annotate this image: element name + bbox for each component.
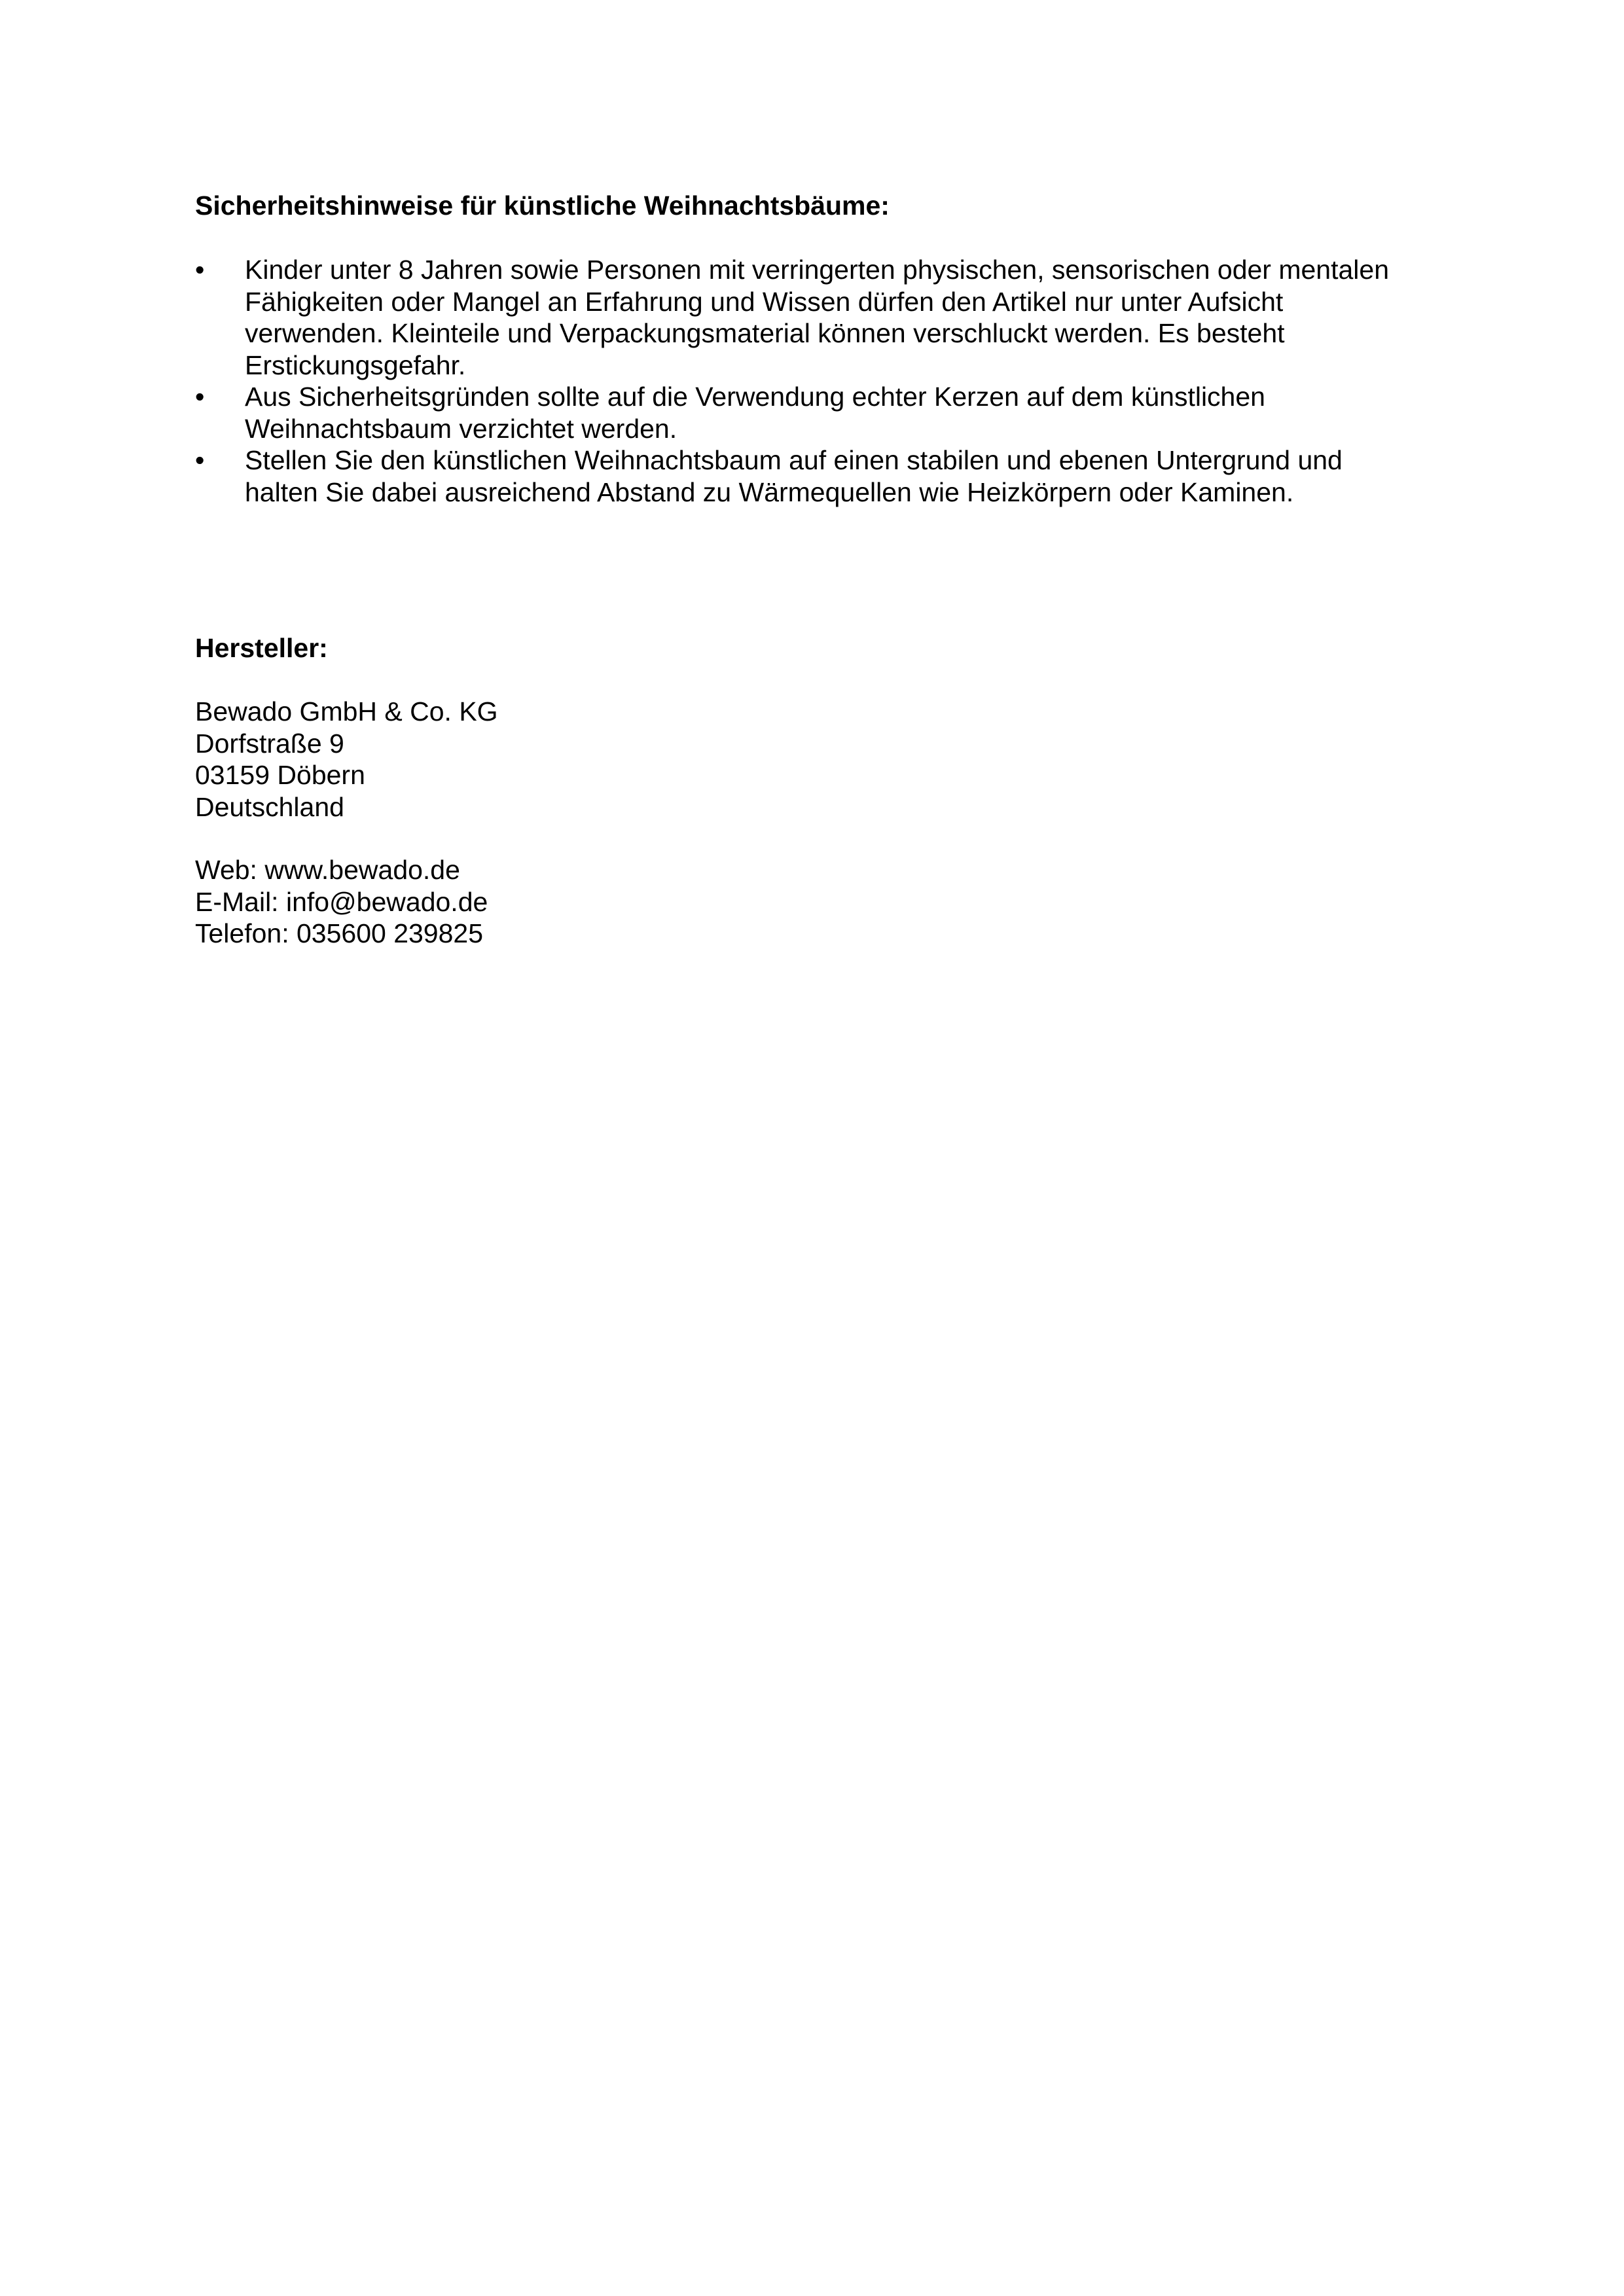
manufacturer-section: Hersteller: Bewado GmbH & Co. KG Dorfstr… xyxy=(195,632,1439,950)
safety-item: • Kinder unter 8 Jahren sowie Personen m… xyxy=(195,254,1439,381)
safety-item-line: Fähigkeiten oder Mangel an Erfahrung und… xyxy=(245,286,1439,318)
bullet-icon: • xyxy=(195,444,245,476)
safety-item: • Aus Sicherheitsgründen sollte auf die … xyxy=(195,381,1439,444)
safety-item-line: verwenden. Kleinteile und Verpackungsmat… xyxy=(245,317,1439,350)
safety-list: • Kinder unter 8 Jahren sowie Personen m… xyxy=(195,254,1439,508)
manufacturer-address: Bewado GmbH & Co. KG Dorfstraße 9 03159 … xyxy=(195,696,1439,823)
web-link: Web: www.bewado.de xyxy=(195,854,1439,886)
bullet-icon: • xyxy=(195,254,245,286)
street: Dorfstraße 9 xyxy=(195,728,1439,760)
company-name: Bewado GmbH & Co. KG xyxy=(195,696,1439,728)
safety-heading: Sicherheitshinweise für künstliche Weihn… xyxy=(195,190,1439,222)
country: Deutschland xyxy=(195,791,1439,823)
safety-item-line: Kinder unter 8 Jahren sowie Personen mit… xyxy=(245,254,1439,286)
phone-number: Telefon: 035600 239825 xyxy=(195,918,1439,950)
manufacturer-contact: Web: www.bewado.de E-Mail: info@bewado.d… xyxy=(195,854,1439,950)
document-page: Sicherheitshinweise für künstliche Weihn… xyxy=(195,190,1439,950)
manufacturer-heading: Hersteller: xyxy=(195,632,1439,664)
safety-item-line: Weihnachtsbaum verzichtet werden. xyxy=(245,413,1439,445)
postal-city: 03159 Döbern xyxy=(195,759,1439,791)
safety-item: • Stellen Sie den künstlichen Weihnachts… xyxy=(195,444,1439,508)
safety-item-line: Stellen Sie den künstlichen Weihnachtsba… xyxy=(245,444,1439,476)
safety-item-line: Aus Sicherheitsgründen sollte auf die Ve… xyxy=(245,381,1439,413)
safety-item-line: Erstickungsgefahr. xyxy=(245,350,1439,382)
bullet-icon: • xyxy=(195,381,245,413)
safety-item-line: halten Sie dabei ausreichend Abstand zu … xyxy=(245,476,1439,509)
email-link: E-Mail: info@bewado.de xyxy=(195,886,1439,918)
